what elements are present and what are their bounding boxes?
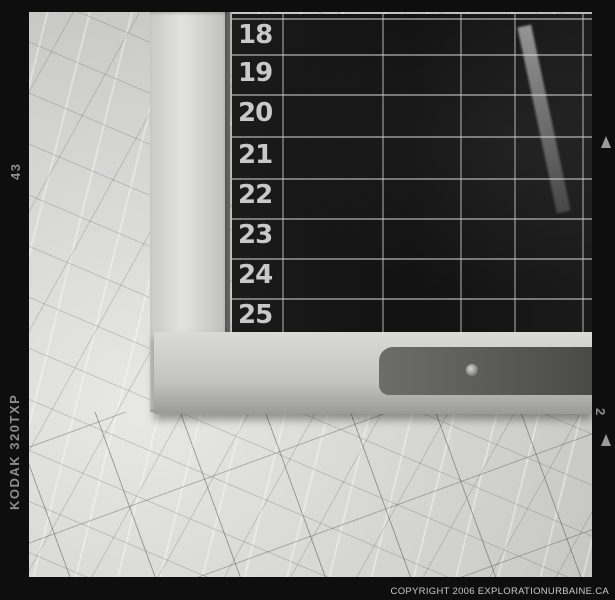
- grid-line: [514, 14, 516, 332]
- chalkboard: 1819202122232425: [232, 14, 592, 332]
- grid-line: [232, 18, 592, 20]
- exposed-metal: [379, 347, 592, 395]
- grid-line: [460, 14, 462, 332]
- row-number: 24: [238, 260, 280, 290]
- photograph: 1819202122232425: [29, 12, 592, 577]
- row-number: 23: [238, 220, 280, 250]
- row-number: 18: [238, 20, 280, 50]
- frame-arrow-icon: [601, 136, 611, 148]
- grid-line: [282, 14, 284, 332]
- grid-line: [382, 14, 384, 332]
- grid-line: [232, 136, 592, 138]
- film-frame: 1819202122232425 KODAK 320TXP 43 2 COPYR…: [0, 0, 615, 600]
- grid-line: [232, 54, 592, 56]
- grid-line: [232, 258, 592, 260]
- row-number: 25: [238, 300, 280, 330]
- grid-line: [232, 218, 592, 220]
- frame-arrow-icon: [601, 434, 611, 446]
- grid-line: [232, 178, 592, 180]
- row-number: 22: [238, 180, 280, 210]
- cracked-wall: [29, 412, 592, 577]
- grid-line: [582, 14, 584, 332]
- row-number: 20: [238, 98, 280, 128]
- grid-line: [232, 298, 592, 300]
- copyright-text: COPYRIGHT 2006 EXPLORATIONURBAINE.CA: [391, 586, 609, 597]
- film-brand-text: KODAK 320TXP: [7, 394, 22, 510]
- frame-number-right: 2: [593, 408, 608, 417]
- bolt: [466, 364, 478, 376]
- row-number: 19: [238, 58, 280, 88]
- row-number: 21: [238, 140, 280, 170]
- frame-number-left: 43: [8, 163, 23, 180]
